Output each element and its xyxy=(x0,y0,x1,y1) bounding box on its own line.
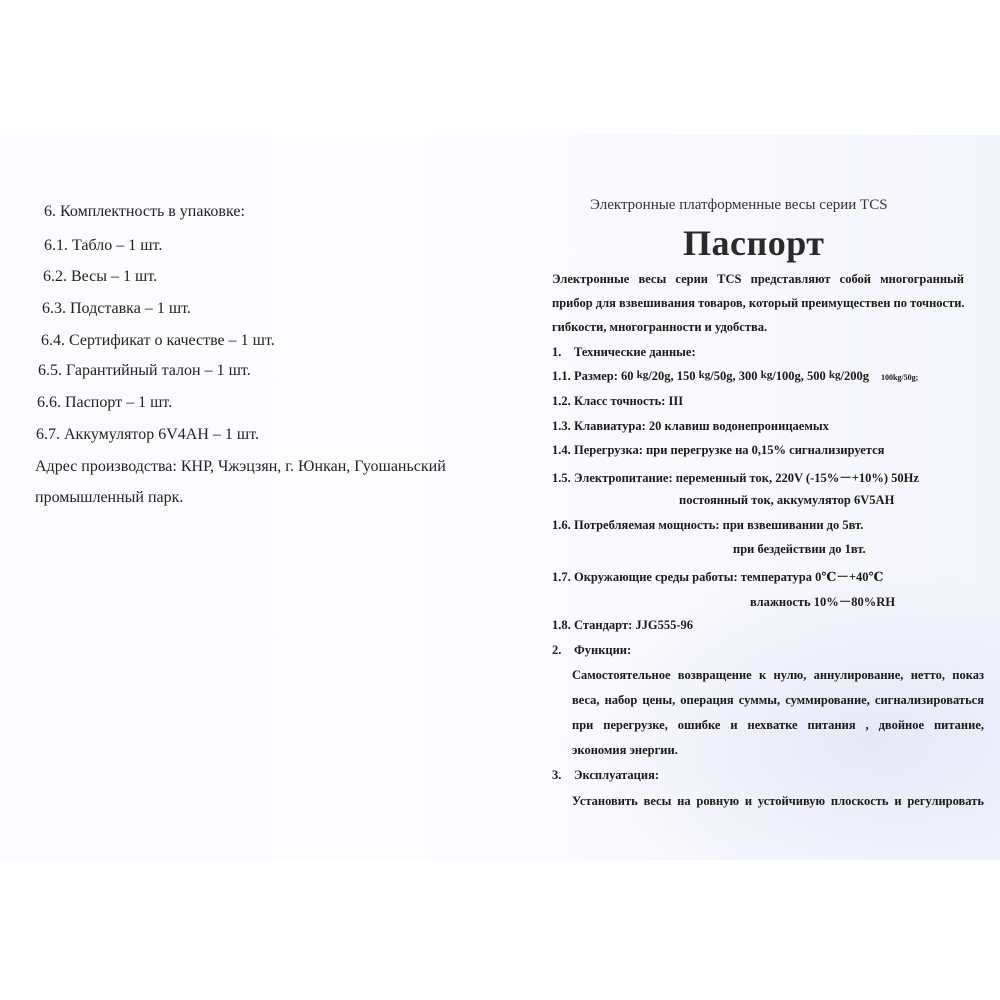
spec-1-1: 1.1.Размер: 60 kg/20g, 150 kg/50g, 300 k… xyxy=(552,369,918,384)
functions-line: веса, набор цены, операция суммы, суммир… xyxy=(572,693,984,708)
address-line: Адрес производства: КНР, Чжэцзян, г. Юнк… xyxy=(35,458,446,476)
address-line: промышленный парк. xyxy=(35,489,183,507)
spec-1-7-continued: влажность 10%－80%RH xyxy=(750,592,895,610)
section-heading-tech: 1.Технические данные: xyxy=(552,345,696,360)
spec-1-6-continued: при бездействии до 1вт. xyxy=(733,542,866,557)
spec-1-4: 1.4.Перегрузка: при перегрузке на 0,15% … xyxy=(552,443,884,458)
list-item: 6.5. Гарантийный талон – 1 шт. xyxy=(38,362,251,380)
functions-line: экономия энергии. xyxy=(572,743,678,758)
intro-line: Электронные весы серии TCS представляют … xyxy=(552,272,964,287)
document-title: Паспорт xyxy=(683,222,824,264)
list-item: 6.1. Табло – 1 шт. xyxy=(44,237,162,255)
section-heading-operation: 3.Эксплуатация: xyxy=(552,768,659,783)
spec-1-5-continued: постоянный ток, аккумулятор 6V5AH xyxy=(679,493,894,508)
operation-line: Установить весы на ровную и устойчивую п… xyxy=(572,794,984,809)
list-item: 6.2. Весы – 1 шт. xyxy=(43,268,157,286)
intro-line: гибкости, многогранности и удобства. xyxy=(552,320,767,335)
section-heading-completeness: 6. Комплектность в упаковке: xyxy=(44,203,245,221)
intro-line: прибор для взвешивания товаров, который … xyxy=(552,296,965,311)
spec-1-8: 1.8.Стандарт: JJG555-96 xyxy=(552,618,693,633)
list-item: 6.7. Аккумулятор 6V4AH – 1 шт. xyxy=(36,426,259,444)
spec-1-7: 1.7.Окружающие среды работы: температура… xyxy=(552,567,883,585)
list-item: 6.6. Паспорт – 1 шт. xyxy=(37,394,172,412)
functions-line: при перегрузке, ошибке и нехватке питани… xyxy=(572,718,984,733)
list-item: 6.4. Сертификат о качестве – 1 шт. xyxy=(41,332,275,350)
spec-1-6: 1.6.Потребляемая мощность: при взвешиван… xyxy=(552,518,863,533)
section-heading-functions: 2.Функции: xyxy=(552,643,631,658)
spec-1-2: 1.2.Класс точность: III xyxy=(552,394,683,409)
spec-1-3: 1.3.Клавиатура: 20 клавиш водонепроницае… xyxy=(552,419,829,434)
functions-line: Самостоятельное возвращение к нулю, анну… xyxy=(572,668,984,683)
spec-1-5: 1.5.Электропитание: переменный ток, 220V… xyxy=(552,468,919,486)
list-item: 6.3. Подставка – 1 шт. xyxy=(42,300,191,318)
document-subtitle: Электронные платформенные весы серии TCS xyxy=(590,197,888,214)
